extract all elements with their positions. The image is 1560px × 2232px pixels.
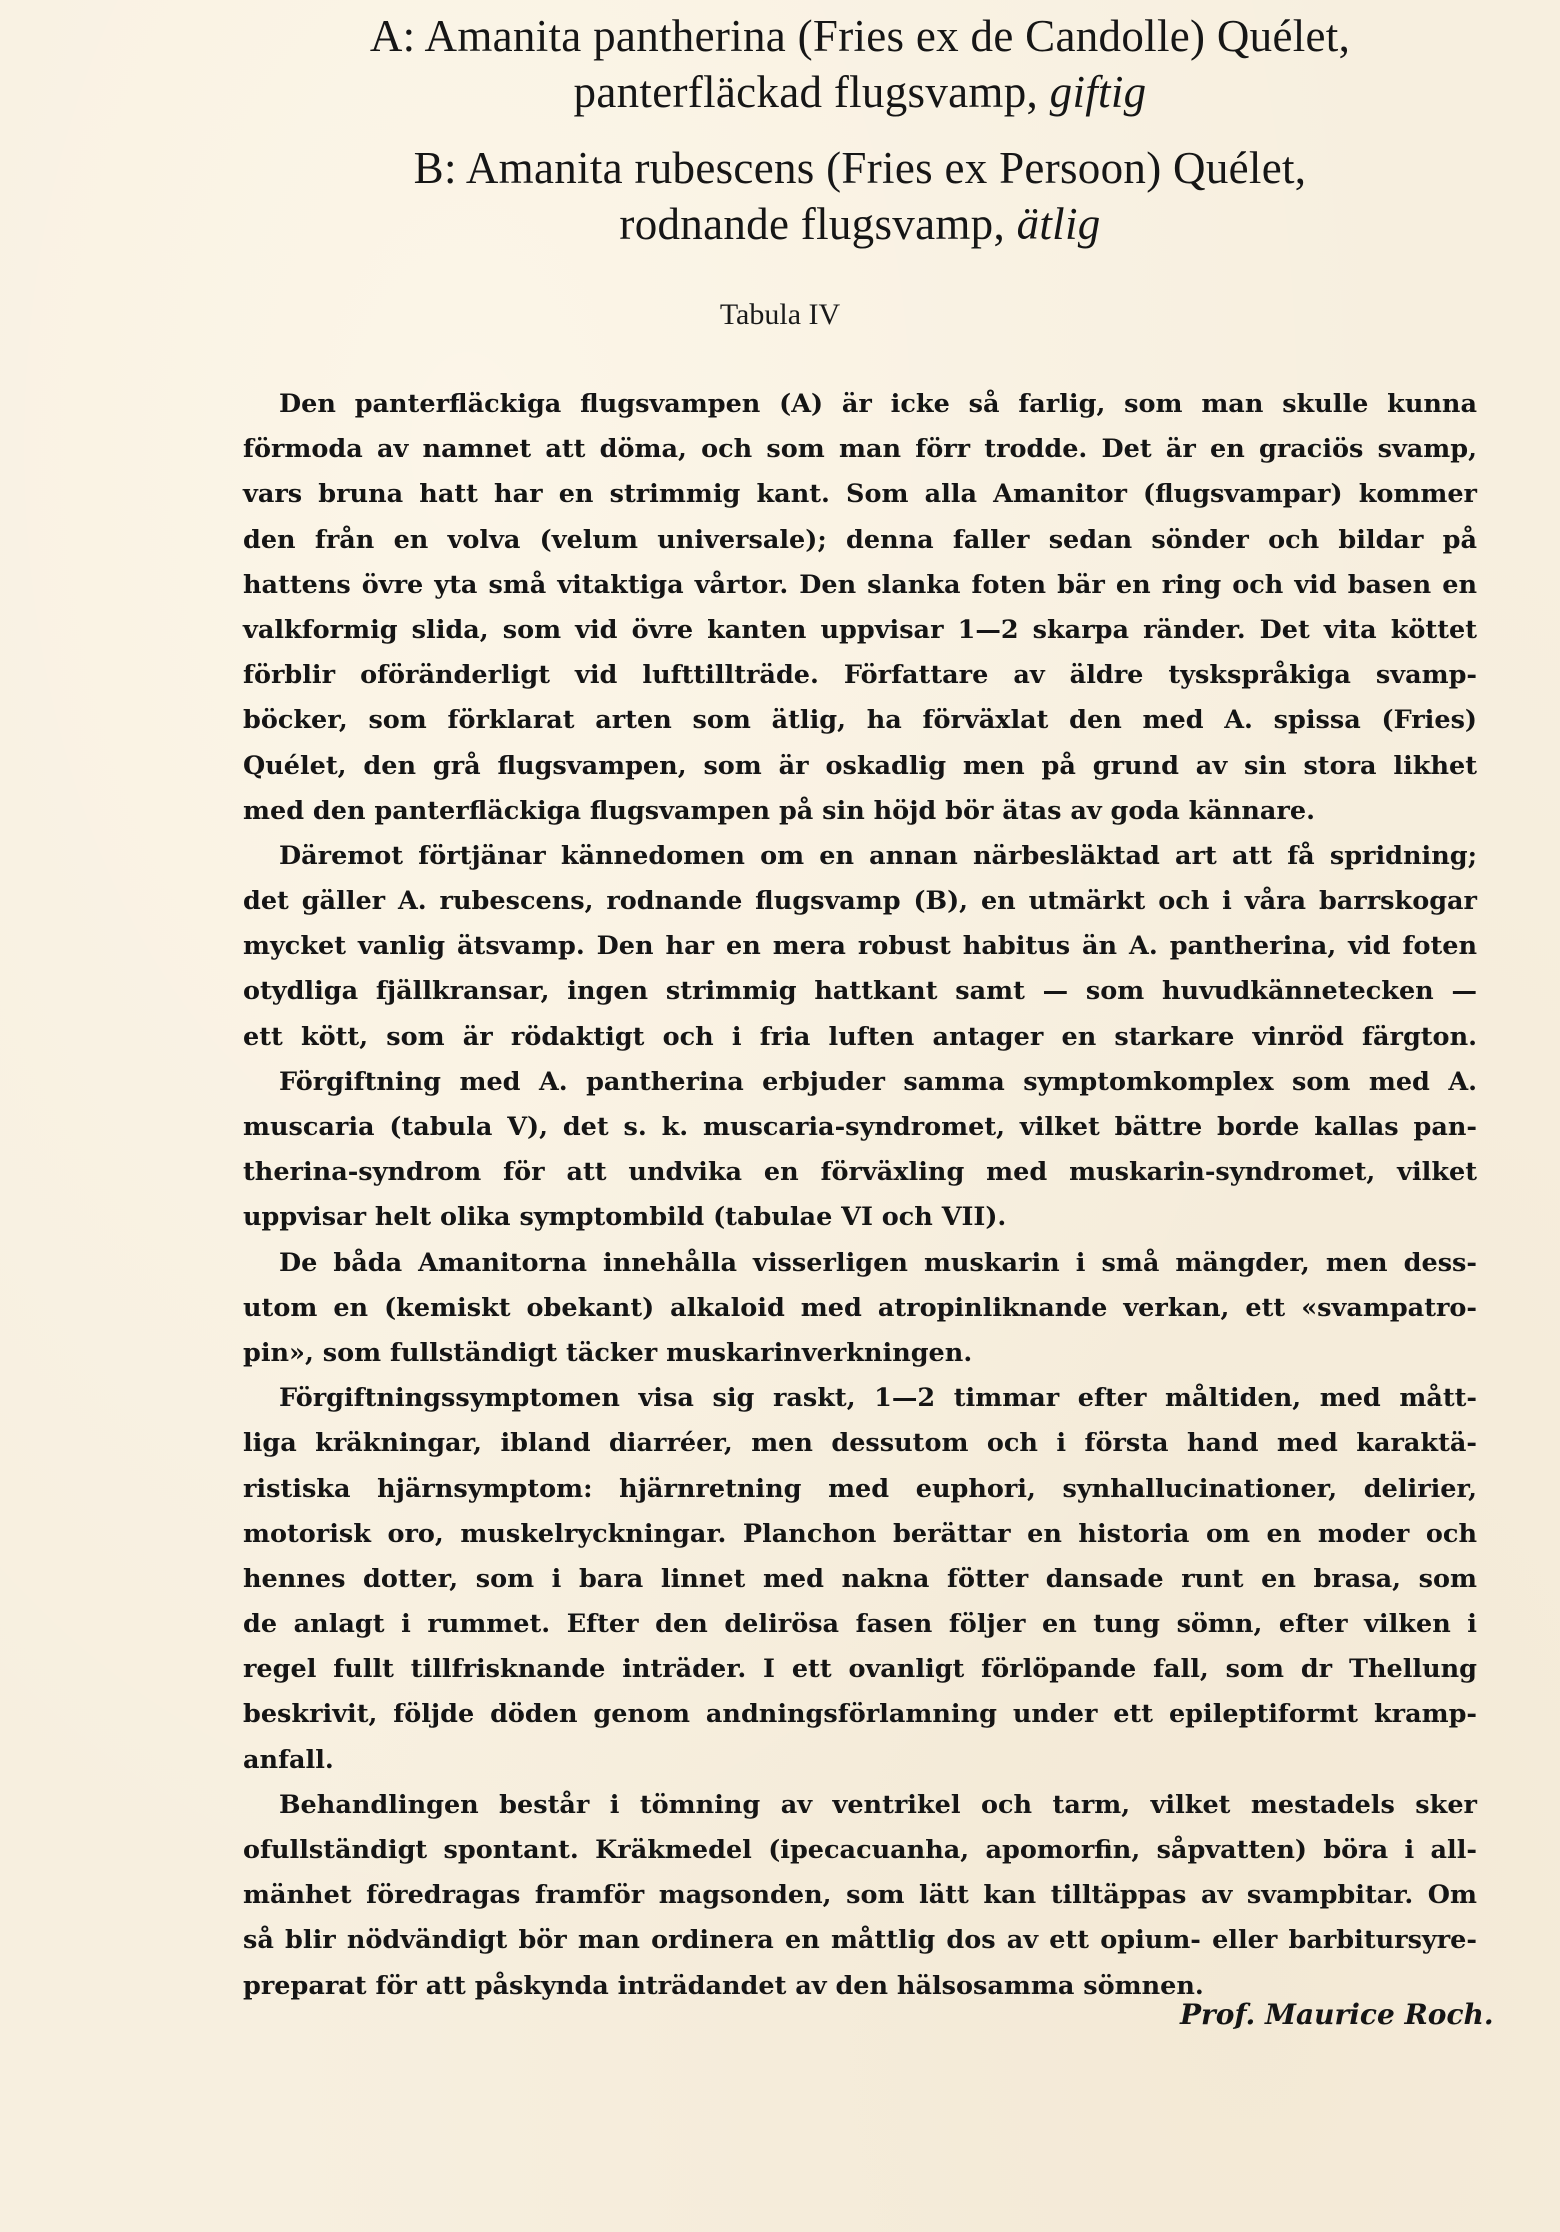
text-line: motorisk oro, muskelryckningar. Planchon… bbox=[243, 1512, 1477, 1557]
text-line: ofullständigt spontant. Kräkmedel (ipeca… bbox=[243, 1828, 1477, 1873]
text-line: beskrivit, följde döden genom andningsfö… bbox=[243, 1692, 1477, 1737]
text-line: Quélet, den grå flugsvampen, som är oska… bbox=[243, 744, 1477, 789]
heading-b-line-2: rodnande flugsvamp, ätlig bbox=[240, 196, 1480, 252]
text-line: Behandlingen består i tömning av ventrik… bbox=[243, 1783, 1477, 1828]
paragraph-2: Däremot förtjänar kännedomen om en annan… bbox=[243, 834, 1477, 1060]
text-line: förblir oföränderligt vid lufttillträde.… bbox=[243, 653, 1477, 698]
paragraph-4: De båda Amanitorna innehålla visserligen… bbox=[243, 1241, 1477, 1377]
text-line: therina-syndrom för att undvika en förvä… bbox=[243, 1150, 1477, 1195]
heading-a-status: giftig bbox=[1050, 67, 1147, 117]
body-text: Den panterfläckiga flugsvampen (A) är ic… bbox=[243, 382, 1477, 2009]
text-line: vars bruna hatt har en strimmig kant. So… bbox=[243, 472, 1477, 517]
text-line: mänhet föredragas framför magsonden, som… bbox=[243, 1873, 1477, 1918]
text-line: det gäller A. rubescens, rodnande flugsv… bbox=[243, 879, 1477, 924]
text-line: regel fullt tillfrisknande inträder. I e… bbox=[243, 1647, 1477, 1692]
text-line: pin», som fullständigt täcker muskarinve… bbox=[243, 1331, 1477, 1376]
heading-b-label: B: bbox=[414, 143, 457, 193]
text-line: ristiska hjärnsymptom: hjärnretning med … bbox=[243, 1467, 1477, 1512]
text-line: hennes dotter, som i bara linnet med nak… bbox=[243, 1557, 1477, 1602]
paragraph-5: Förgiftningssymptomen visa sig raskt, 1—… bbox=[243, 1376, 1477, 1783]
text-line: liga kräkningar, ibland diarréer, men de… bbox=[243, 1421, 1477, 1466]
text-line: hattens övre yta små vitaktiga vårtor. D… bbox=[243, 563, 1477, 608]
heading-b-species-name: Amanita rubescens (Fries ex Persoon) Qué… bbox=[466, 143, 1306, 193]
text-line: den från en volva (velum universale); de… bbox=[243, 518, 1477, 563]
paragraph-6: Behandlingen består i tömning av ventrik… bbox=[243, 1783, 1477, 2009]
text-line: anfall. bbox=[243, 1738, 1477, 1783]
text-line: utom en (kemiskt obekant) alkaloid med a… bbox=[243, 1286, 1477, 1331]
heading-b-common-name: rodnande flugsvamp, bbox=[619, 199, 1005, 249]
heading-b-line-1: B: Amanita rubescens (Fries ex Persoon) … bbox=[240, 140, 1480, 196]
text-line: så blir nödvändigt bör man ordinera en m… bbox=[243, 1918, 1477, 1963]
text-line: de anlagt i rummet. Efter den delirösa f… bbox=[243, 1602, 1477, 1647]
text-line: ett kött, som är rödaktigt och i fria lu… bbox=[243, 1015, 1477, 1060]
text-line: Den panterfläckiga flugsvampen (A) är ic… bbox=[243, 382, 1477, 427]
text-line: böcker, som förklarat arten som ätlig, h… bbox=[243, 698, 1477, 743]
text-line: förmoda av namnet att döma, och som man … bbox=[243, 427, 1477, 472]
text-line: Däremot förtjänar kännedomen om en annan… bbox=[243, 834, 1477, 879]
document-page: A: Amanita pantherina (Fries ex de Cando… bbox=[0, 0, 1560, 2232]
heading-a-line-1: A: Amanita pantherina (Fries ex de Cando… bbox=[240, 8, 1480, 64]
text-line: uppvisar helt olika symptombild (tabulae… bbox=[243, 1195, 1477, 1240]
paragraph-3: Förgiftning med A. pantherina erbjuder s… bbox=[243, 1060, 1477, 1241]
page-heading: A: Amanita pantherina (Fries ex de Cando… bbox=[240, 8, 1480, 252]
author-signature: Prof. Maurice Roch. bbox=[1180, 1998, 1494, 2031]
text-line: muscaria (tabula V), det s. k. muscaria-… bbox=[243, 1105, 1477, 1150]
text-line: valkformig slida, som vid övre kanten up… bbox=[243, 608, 1477, 653]
heading-a-species-name: Amanita pantherina (Fries ex de Candolle… bbox=[425, 11, 1351, 61]
heading-b-status: ätlig bbox=[1017, 199, 1101, 249]
plate-label: Tabula IV bbox=[0, 298, 1560, 332]
text-line: otydliga fjällkransar, ingen strimmig ha… bbox=[243, 969, 1477, 1014]
text-line: mycket vanlig ätsvamp. Den har en mera r… bbox=[243, 924, 1477, 969]
text-line: Förgiftningssymptomen visa sig raskt, 1—… bbox=[243, 1376, 1477, 1421]
heading-a-label: A: bbox=[370, 11, 416, 61]
text-line: med den panterfläckiga flugsvampen på si… bbox=[243, 789, 1477, 834]
heading-a-line-2: panterfläckad flugsvamp, giftig bbox=[240, 64, 1480, 120]
text-line: Förgiftning med A. pantherina erbjuder s… bbox=[243, 1060, 1477, 1105]
text-line: De båda Amanitorna innehålla visserligen… bbox=[243, 1241, 1477, 1286]
paragraph-1: Den panterfläckiga flugsvampen (A) är ic… bbox=[243, 382, 1477, 834]
heading-a-common-name: panterfläckad flugsvamp, bbox=[574, 67, 1039, 117]
